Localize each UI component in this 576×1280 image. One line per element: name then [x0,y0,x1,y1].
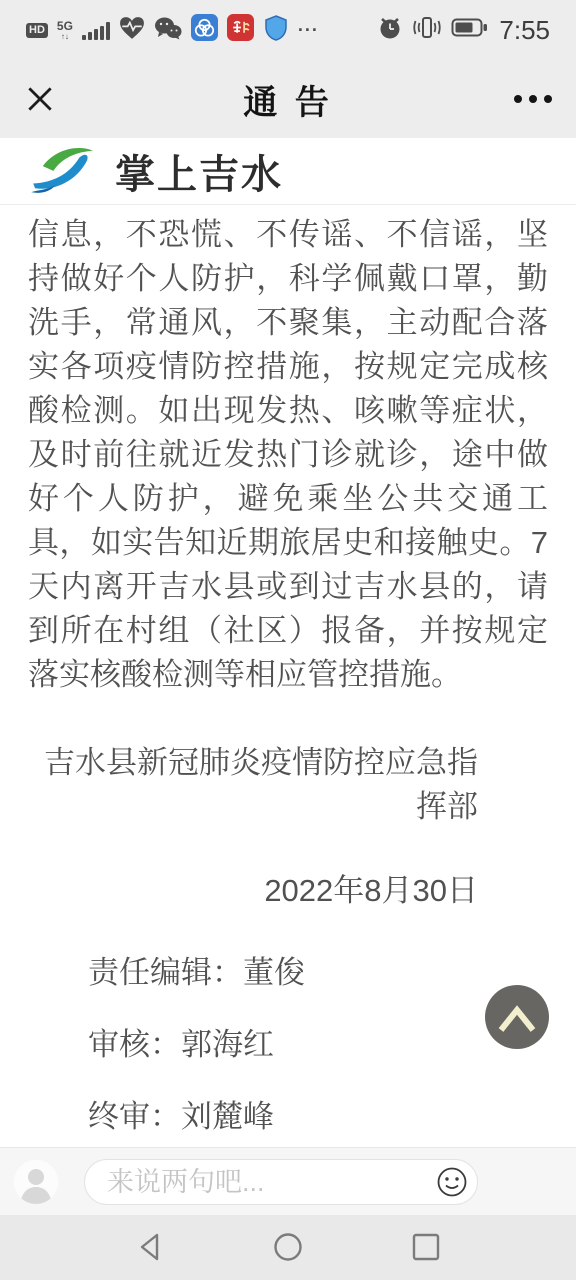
comment-input[interactable] [85,1167,435,1198]
network-arrows: ↑↓ [61,33,69,41]
comment-input-pill [84,1159,478,1205]
back-to-top-button[interactable] [485,985,549,1049]
status-bar: HD 5G ↑↓ [0,0,576,60]
user-avatar[interactable] [14,1160,58,1204]
zhangshang-jishui-logo-icon [26,143,102,200]
comment-bar [0,1147,576,1215]
alarm-icon [377,15,403,46]
chevron-up-icon [493,997,541,1037]
status-bar-left: HD 5G ↑↓ [26,14,319,47]
status-bar-right: 7:55 [377,15,550,46]
brand-name: 掌上吉水 [115,143,283,200]
recents-square-icon[interactable] [408,1229,444,1265]
final-reviewer: 终审：刘麓峰 [88,1095,548,1139]
brand-header[interactable]: 掌上吉水 [0,138,576,205]
issuing-authority: 吉水县新冠肺炎疫情防控应急指挥部 [28,741,478,829]
battery-icon [451,18,488,42]
phone-screen: HD 5G ↑↓ [0,0,576,1280]
network-label: 5G [57,20,73,32]
network-indicator: 5G ↑↓ [57,20,73,41]
android-nav-bar [0,1215,576,1280]
home-circle-icon[interactable] [270,1229,306,1265]
back-triangle-icon[interactable] [133,1229,169,1265]
signal-bars-icon [82,21,110,40]
notice-date: 2022年8月30日 [28,869,478,913]
page-title: 通 告 [0,75,576,124]
cloud-app-icon [191,14,218,46]
news-app-icon [227,14,254,46]
article-content: 掌上吉水 信息，不恐慌、不传谣、不信谣，坚持做好个人防护，科学佩戴口罩，勤洗手，… [0,138,576,1147]
health-heart-icon [119,16,145,45]
wechat-icon [154,16,182,45]
responsible-editor: 责任编辑：董俊 [88,951,548,995]
clock-time: 7:55 [499,15,550,46]
close-icon[interactable] [24,60,56,138]
vibrate-icon [412,15,442,45]
hd-badge: HD [26,23,48,38]
reviewer: 审核：郭海红 [88,1023,548,1067]
status-more-icon: ··· [298,20,319,41]
nav-bar: 通 告 [0,60,576,138]
notice-paragraph: 信息，不恐慌、不传谣、不信谣，坚持做好个人防护，科学佩戴口罩，勤洗手，常通风，不… [28,213,548,697]
more-menu-icon[interactable] [514,60,552,138]
editor-credits: 责任编辑：董俊 审核：郭海红 终审：刘麓峰 [28,951,548,1139]
smiley-icon[interactable] [435,1165,469,1199]
security-shield-icon [263,14,289,47]
